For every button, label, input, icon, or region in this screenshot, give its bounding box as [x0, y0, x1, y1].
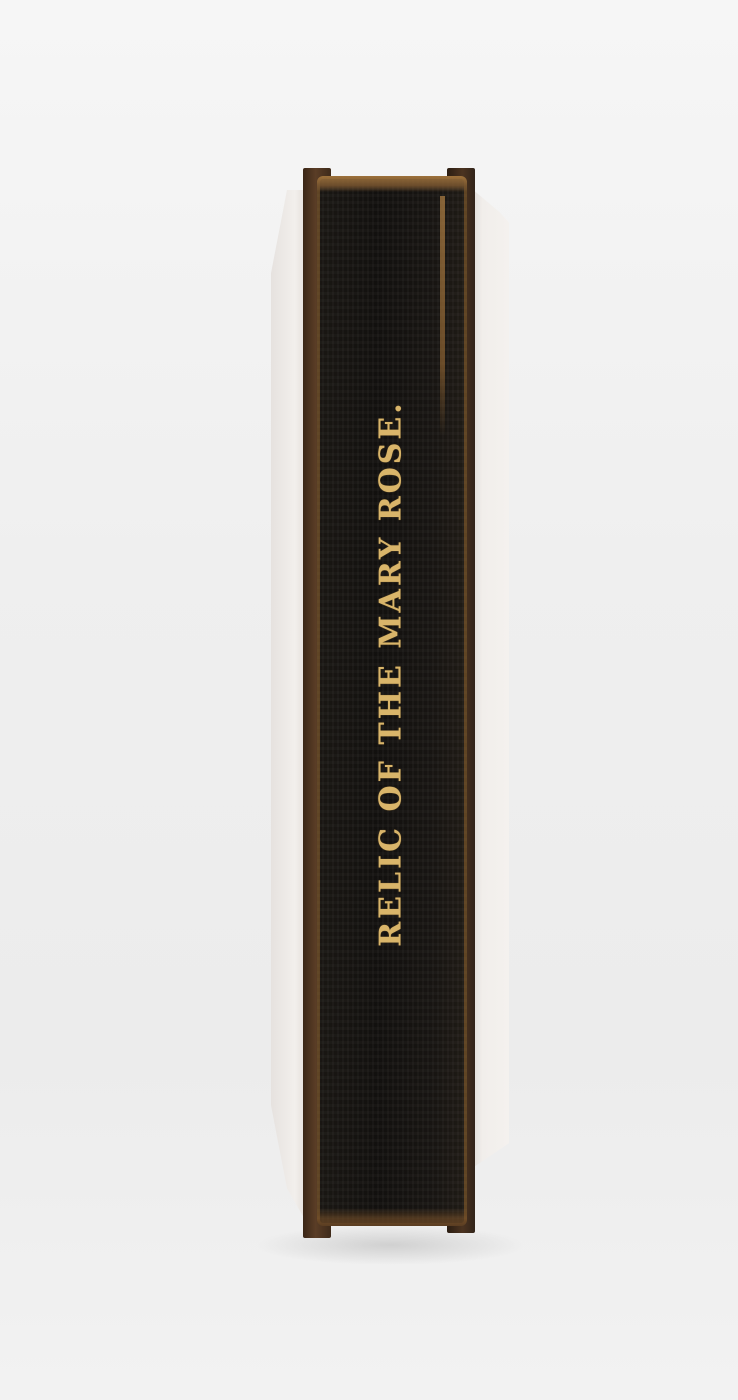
spine-head-wear — [317, 176, 467, 192]
book-spine: RELIC OF THE MARY ROSE. — [317, 176, 467, 1226]
spine-tail-wear — [317, 1208, 467, 1226]
spine-title: RELIC OF THE MARY ROSE. — [374, 374, 409, 974]
cast-shadow — [255, 1225, 525, 1265]
spine-edge-wear — [440, 196, 445, 436]
